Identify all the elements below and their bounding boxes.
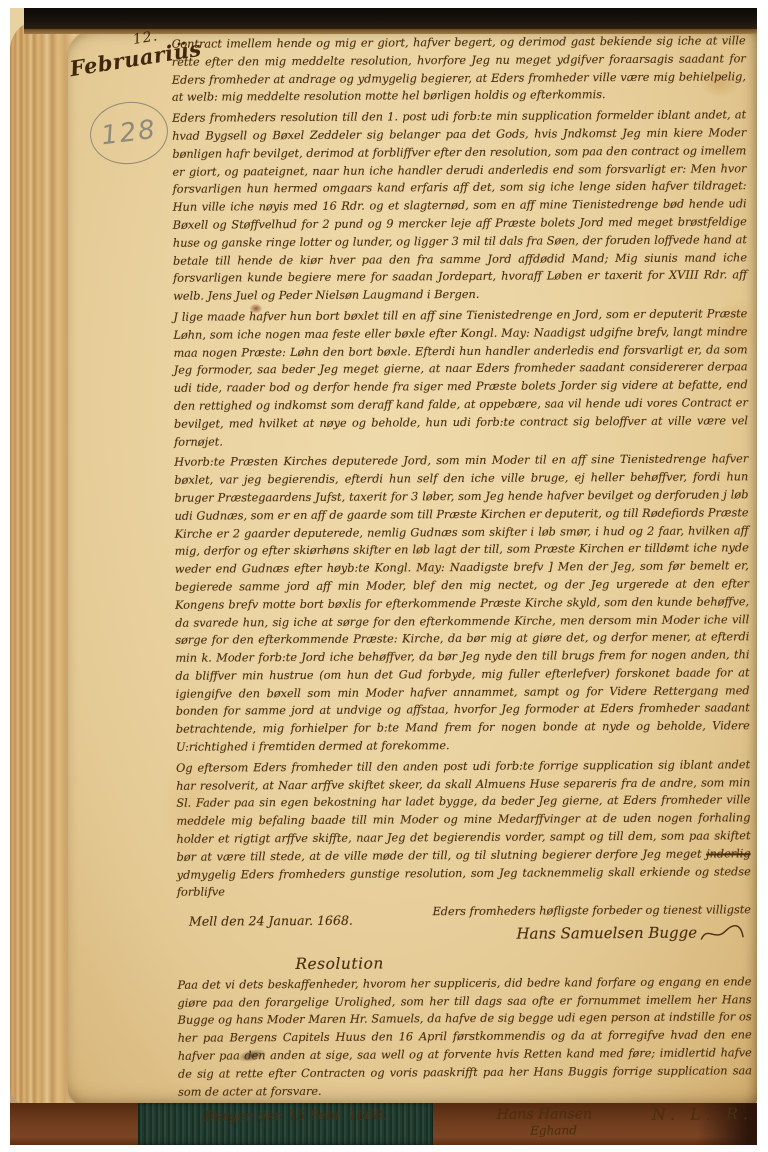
petition-signature-name: Hans Samuelsen Bugge	[516, 924, 697, 943]
petition-signature-row: Mell den 24 Januar. 1668. Eders fromhede…	[177, 901, 751, 946]
manuscript-scan: 12. Februariüs 128 Contract imellem hend…	[10, 8, 757, 1145]
strikethrough-word: jnderlig	[706, 847, 751, 860]
resolution-heading: Resolution	[295, 953, 751, 974]
resolution-body: Paa det vi dets beskaffenheder, hvorom h…	[177, 973, 752, 1101]
petition-paragraph: Eders fromheders resolution till den 1. …	[172, 106, 747, 305]
closing-text: ydmygelig Eders fromheders gunstige reso…	[177, 865, 751, 899]
petition-paragraph: Contract imellem hende og mig er giort, …	[172, 32, 746, 107]
resolution-signature-note: Eghand	[515, 1122, 592, 1140]
manuscript-text: Contract imellem hende og mig er giort, …	[172, 32, 753, 1143]
petition-closing-block: Eders fromheders høfligste forbeder og t…	[371, 901, 751, 945]
petition-closing-paragraph: Og eftersom Eders fromheder till den and…	[176, 756, 751, 902]
resolution-signature-row: Bergen den 15 Febr. 1668. Hans Hansen Eg…	[178, 1106, 752, 1143]
resolution-dateline: Bergen den 15 Febr. 1668.	[204, 1108, 387, 1127]
approval-initials: N. L. R.	[652, 1106, 753, 1124]
petition-paragraph: Hvorb:te Præsten Kirches deputerede Jord…	[174, 451, 750, 757]
signature-flourish-icon	[699, 923, 745, 943]
folio-number: 128	[100, 115, 159, 152]
book-top-edge	[24, 8, 757, 29]
petition-dateline: Mell den 24 Januar. 1668.	[189, 912, 353, 931]
resolution-signature: Hans Hansen Eghand	[497, 1107, 592, 1141]
petition-paragraph: J lige maade hafver hun bort bøxlet till…	[173, 305, 748, 451]
closing-text: Og eftersom Eders fromheder till den and…	[176, 758, 751, 863]
valediction: Eders fromheders høfligste forbeder og t…	[371, 901, 751, 921]
petition-signature: Hans Samuelsen Bugge	[371, 923, 745, 945]
